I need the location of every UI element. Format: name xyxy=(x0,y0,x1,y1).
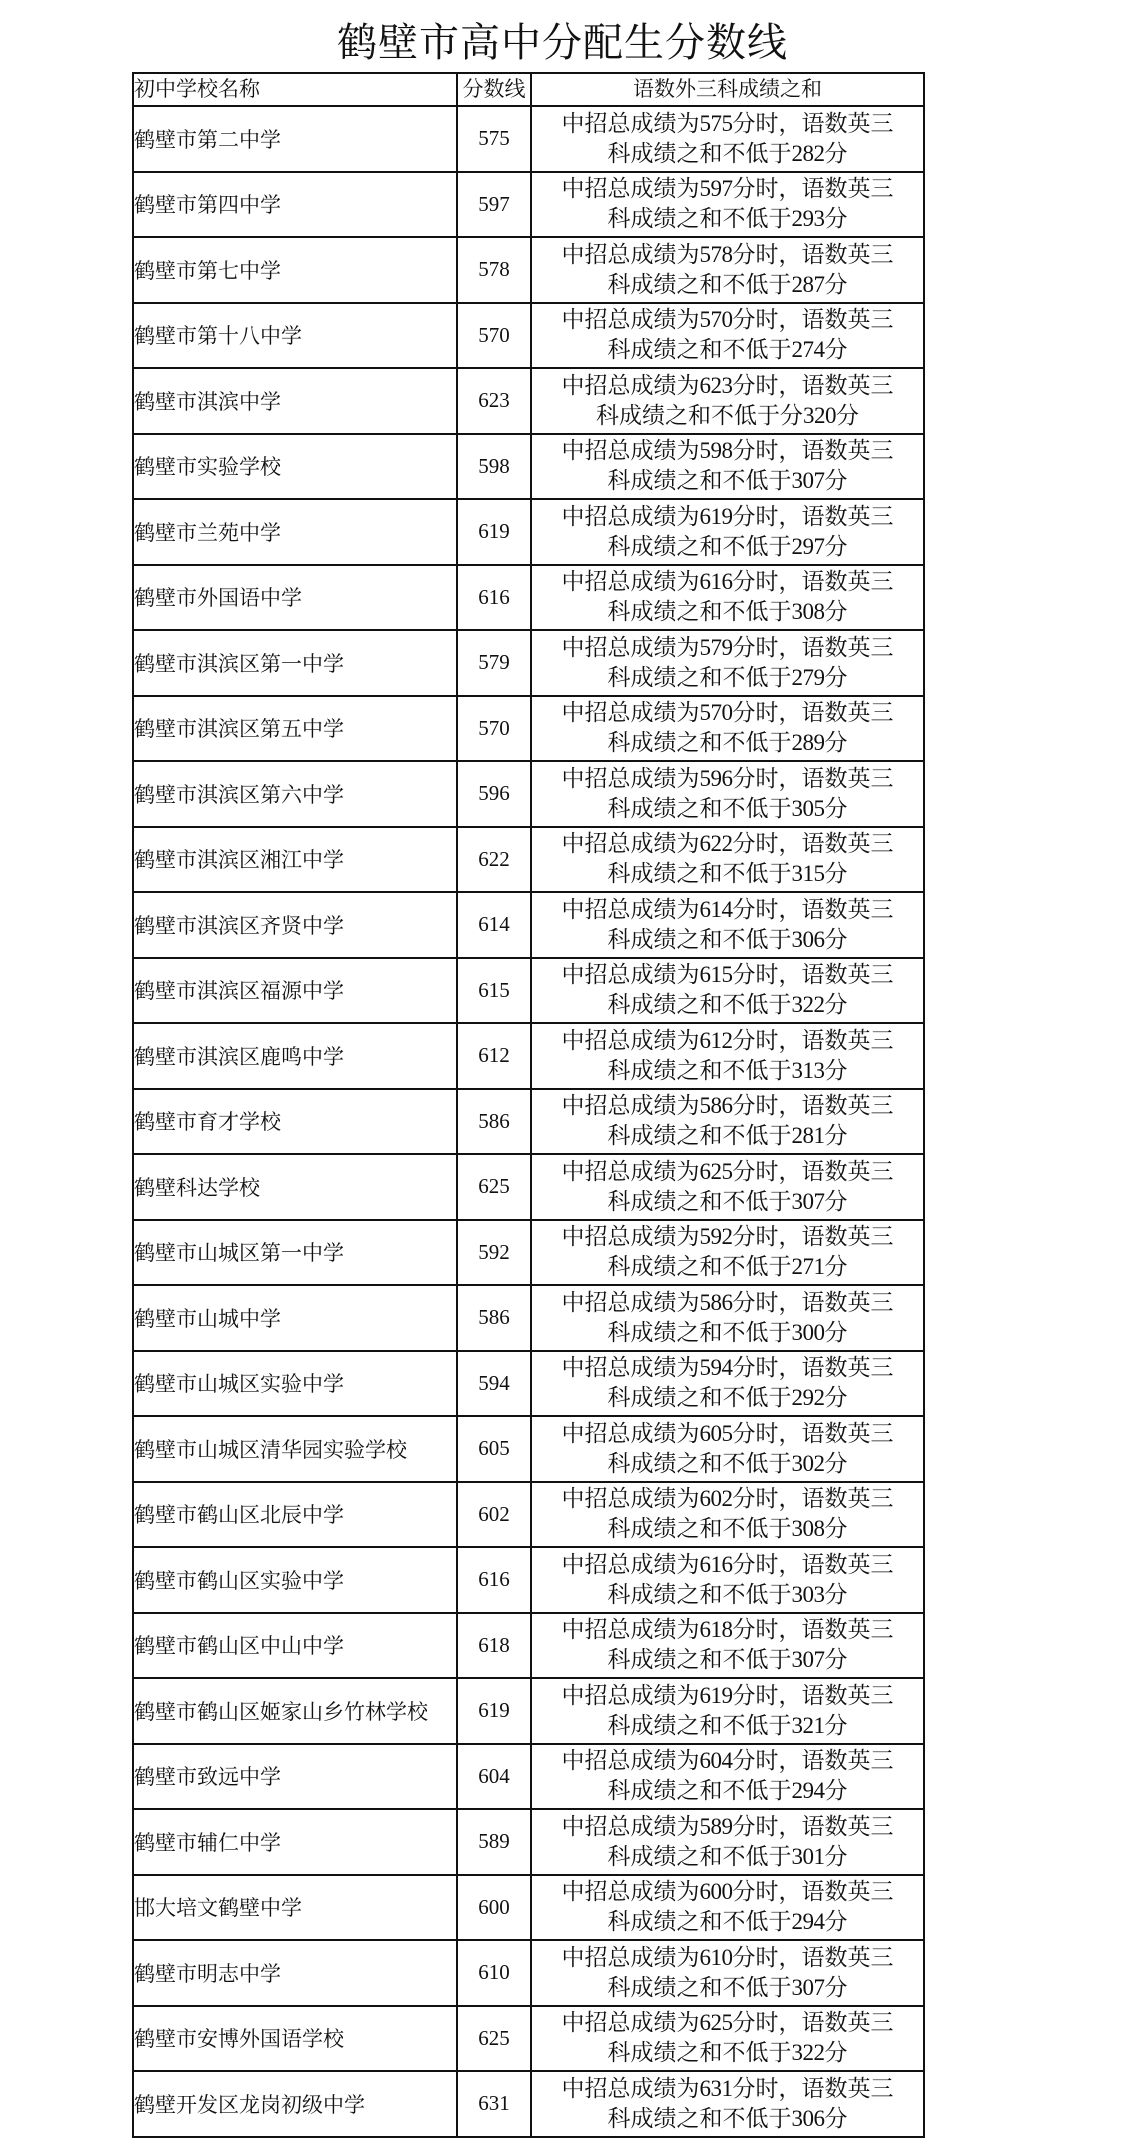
note-prefix: 中招总成绩为 xyxy=(562,897,700,923)
score-line-cell: 589 xyxy=(457,1809,531,1875)
note-prefix: 中招总成绩为 xyxy=(562,2076,700,2102)
three-subject-sum-cell: 中招总成绩为578分时，语数英三科成绩之和不低于287分 xyxy=(531,237,924,303)
score-line-cell: 619 xyxy=(457,1678,531,1744)
note-line-2: 科成绩之和不低于271分 xyxy=(532,1252,923,1282)
school-name-cell: 鹤壁市育才学校 xyxy=(133,1089,457,1155)
note-prefix: 中招总成绩为 xyxy=(562,307,700,333)
note-prefix: 中招总成绩为 xyxy=(562,1814,700,1840)
note-suffix: 分时，语数英三 xyxy=(733,2076,894,2102)
note-prefix: 中招总成绩为 xyxy=(562,1683,700,1709)
note-line2-prefix: 科成绩之和不低于 xyxy=(608,730,792,756)
note-prefix: 中招总成绩为 xyxy=(562,1355,700,1381)
note-line2-suffix: 分 xyxy=(825,927,848,953)
note-suffix: 分时，语数英三 xyxy=(733,1683,894,1709)
three-subject-sum-cell: 中招总成绩为610分时，语数英三科成绩之和不低于307分 xyxy=(531,1940,924,2006)
note-min-sum: 292 xyxy=(792,1385,825,1410)
school-name-cell: 鹤壁市山城中学 xyxy=(133,1285,457,1351)
three-subject-sum-cell: 中招总成绩为616分时，语数英三科成绩之和不低于308分 xyxy=(531,565,924,631)
note-prefix: 中招总成绩为 xyxy=(562,1879,700,1905)
three-subject-sum-cell: 中招总成绩为625分时，语数英三科成绩之和不低于322分 xyxy=(531,2006,924,2072)
score-line-cell: 625 xyxy=(457,1154,531,1220)
note-min-sum: 322 xyxy=(792,992,825,1017)
note-line-2: 科成绩之和不低于305分 xyxy=(532,794,923,824)
note-total-score: 596 xyxy=(700,766,733,791)
score-line-cell: 622 xyxy=(457,827,531,893)
note-line-1: 中招总成绩为586分时，语数英三 xyxy=(532,1288,923,1318)
three-subject-sum-cell: 中招总成绩为602分时，语数英三科成绩之和不低于308分 xyxy=(531,1482,924,1548)
note-suffix: 分时，语数英三 xyxy=(733,700,894,726)
note-suffix: 分时，语数英三 xyxy=(733,569,894,595)
note-line-1: 中招总成绩为589分时，语数英三 xyxy=(532,1812,923,1842)
school-name-cell: 鹤壁市淇滨区第五中学 xyxy=(133,696,457,762)
note-line-2: 科成绩之和不低于分320分 xyxy=(532,401,923,431)
note-line2-prefix: 科成绩之和不低于 xyxy=(608,1713,792,1739)
note-line2-prefix: 科成绩之和不低于 xyxy=(608,272,792,298)
score-line-cell: 600 xyxy=(457,1875,531,1941)
note-total-score: 594 xyxy=(700,1355,733,1380)
three-subject-sum-cell: 中招总成绩为570分时，语数英三科成绩之和不低于289分 xyxy=(531,696,924,762)
three-subject-sum-cell: 中招总成绩为619分时，语数英三科成绩之和不低于321分 xyxy=(531,1678,924,1744)
note-line2-suffix: 分 xyxy=(825,665,848,691)
note-line-1: 中招总成绩为618分时，语数英三 xyxy=(532,1615,923,1645)
school-name-cell: 鹤壁市辅仁中学 xyxy=(133,1809,457,1875)
three-subject-sum-cell: 中招总成绩为598分时，语数英三科成绩之和不低于307分 xyxy=(531,434,924,500)
table-row: 鹤壁市辅仁中学589中招总成绩为589分时，语数英三科成绩之和不低于301分 xyxy=(133,1809,924,1875)
note-line-1: 中招总成绩为575分时，语数英三 xyxy=(532,109,923,139)
score-line-cell: 604 xyxy=(457,1744,531,1810)
note-line-1: 中招总成绩为602分时，语数英三 xyxy=(532,1484,923,1514)
note-total-score: 575 xyxy=(700,111,733,136)
note-suffix: 分时，语数英三 xyxy=(733,1617,894,1643)
three-subject-sum-cell: 中招总成绩为605分时，语数英三科成绩之和不低于302分 xyxy=(531,1416,924,1482)
score-line-cell: 605 xyxy=(457,1416,531,1482)
note-line-2: 科成绩之和不低于279分 xyxy=(532,663,923,693)
note-min-sum: 315 xyxy=(792,861,825,886)
school-name-cell: 鹤壁市第四中学 xyxy=(133,172,457,238)
note-line2-prefix: 科成绩之和不低于 xyxy=(608,1516,792,1542)
note-min-sum: 307 xyxy=(792,468,825,493)
note-total-score: 578 xyxy=(700,242,733,267)
note-prefix: 中招总成绩为 xyxy=(562,1224,700,1250)
note-suffix: 分时，语数英三 xyxy=(733,1159,894,1185)
note-min-sum: 297 xyxy=(792,534,825,559)
school-name-cell: 鹤壁市明志中学 xyxy=(133,1940,457,2006)
note-line2-suffix: 分 xyxy=(825,730,848,756)
table-row: 鹤壁市淇滨区第一中学579中招总成绩为579分时，语数英三科成绩之和不低于279… xyxy=(133,630,924,696)
note-line-1: 中招总成绩为616分时，语数英三 xyxy=(532,1550,923,1580)
note-min-sum: 308 xyxy=(792,1516,825,1541)
note-line2-suffix: 分 xyxy=(825,1975,848,2001)
note-line2-prefix: 科成绩之和不低于 xyxy=(608,206,792,232)
note-line-1: 中招总成绩为625分时，语数英三 xyxy=(532,1157,923,1187)
note-prefix: 中招总成绩为 xyxy=(562,111,700,137)
note-line2-prefix: 科成绩之和不低于 xyxy=(608,2040,792,2066)
note-line-1: 中招总成绩为605分时，语数英三 xyxy=(532,1419,923,1449)
three-subject-sum-cell: 中招总成绩为623分时，语数英三科成绩之和不低于分320分 xyxy=(531,368,924,434)
note-line-2: 科成绩之和不低于274分 xyxy=(532,335,923,365)
table-row: 鹤壁市第七中学578中招总成绩为578分时，语数英三科成绩之和不低于287分 xyxy=(133,237,924,303)
note-line-2: 科成绩之和不低于302分 xyxy=(532,1449,923,1479)
note-min-sum: 300 xyxy=(792,1320,825,1345)
note-line2-prefix: 科成绩之和不低于 xyxy=(608,1451,792,1477)
table-row: 鹤壁开发区龙岗初级中学631中招总成绩为631分时，语数英三科成绩之和不低于30… xyxy=(133,2071,924,2137)
note-suffix: 分时，语数英三 xyxy=(733,635,894,661)
table-row: 鹤壁市淇滨中学623中招总成绩为623分时，语数英三科成绩之和不低于分320分 xyxy=(133,368,924,434)
note-prefix: 中招总成绩为 xyxy=(562,373,700,399)
note-suffix: 分时，语数英三 xyxy=(733,1421,894,1447)
note-suffix: 分时，语数英三 xyxy=(733,1028,894,1054)
note-suffix: 分时，语数英三 xyxy=(733,2010,894,2036)
note-line-2: 科成绩之和不低于287分 xyxy=(532,270,923,300)
table-row: 鹤壁市外国语中学616中招总成绩为616分时，语数英三科成绩之和不低于308分 xyxy=(133,565,924,631)
note-suffix: 分时，语数英三 xyxy=(733,1290,894,1316)
school-name-cell: 鹤壁市第十八中学 xyxy=(133,303,457,369)
table-row: 鹤壁科达学校625中招总成绩为625分时，语数英三科成绩之和不低于307分 xyxy=(133,1154,924,1220)
note-suffix: 分时，语数英三 xyxy=(733,242,894,268)
note-line-2: 科成绩之和不低于294分 xyxy=(532,1776,923,1806)
score-line-cell: 579 xyxy=(457,630,531,696)
three-subject-sum-cell: 中招总成绩为586分时，语数英三科成绩之和不低于300分 xyxy=(531,1285,924,1351)
note-total-score: 616 xyxy=(700,569,733,594)
note-min-sum: 294 xyxy=(792,1778,825,1803)
note-min-sum: 307 xyxy=(792,1189,825,1214)
note-line2-suffix: 分 xyxy=(825,337,848,363)
score-line-cell: 594 xyxy=(457,1351,531,1417)
school-name-cell: 鹤壁市淇滨中学 xyxy=(133,368,457,434)
note-prefix: 中招总成绩为 xyxy=(562,242,700,268)
note-line2-suffix: 分 xyxy=(825,1123,848,1149)
note-min-sum: 302 xyxy=(792,1451,825,1476)
table-row: 鹤壁市兰苑中学619中招总成绩为619分时，语数英三科成绩之和不低于297分 xyxy=(133,499,924,565)
note-total-score: 618 xyxy=(700,1617,733,1642)
page-title: 鹤壁市高中分配生分数线 xyxy=(0,18,1125,68)
three-subject-sum-cell: 中招总成绩为594分时，语数英三科成绩之和不低于292分 xyxy=(531,1351,924,1417)
score-line-cell: 578 xyxy=(457,237,531,303)
note-min-sum: 305 xyxy=(792,796,825,821)
note-suffix: 分时，语数英三 xyxy=(733,373,894,399)
school-name-cell: 鹤壁市鹤山区姬家山乡竹林学校 xyxy=(133,1678,457,1744)
three-subject-sum-cell: 中招总成绩为579分时，语数英三科成绩之和不低于279分 xyxy=(531,630,924,696)
note-min-sum: 322 xyxy=(792,2040,825,2065)
score-line-cell: 597 xyxy=(457,172,531,238)
note-line2-prefix: 科成绩之和不低于 xyxy=(608,1647,792,1673)
note-line2-prefix: 科成绩之和不低于 xyxy=(608,468,792,494)
three-subject-sum-cell: 中招总成绩为622分时，语数英三科成绩之和不低于315分 xyxy=(531,827,924,893)
note-line2-prefix: 科成绩之和不低于 xyxy=(608,796,792,822)
note-line-1: 中招总成绩为631分时，语数英三 xyxy=(532,2074,923,2104)
school-name-cell: 鹤壁市山城区第一中学 xyxy=(133,1220,457,1286)
score-line-cell: 570 xyxy=(457,303,531,369)
note-line-1: 中招总成绩为616分时，语数英三 xyxy=(532,567,923,597)
school-name-cell: 鹤壁市外国语中学 xyxy=(133,565,457,631)
note-line-1: 中招总成绩为578分时，语数英三 xyxy=(532,240,923,270)
header-three-subject-sum: 语数外三科成绩之和 xyxy=(531,73,924,106)
note-min-sum: 281 xyxy=(792,1123,825,1148)
note-line2-prefix: 科成绩之和不低于 xyxy=(608,1189,792,1215)
three-subject-sum-cell: 中招总成绩为615分时，语数英三科成绩之和不低于322分 xyxy=(531,958,924,1024)
note-line2-prefix: 科成绩之和不低于 xyxy=(608,1058,792,1084)
note-line-2: 科成绩之和不低于307分 xyxy=(532,1973,923,2003)
note-suffix: 分时，语数英三 xyxy=(733,1945,894,1971)
school-name-cell: 鹤壁市淇滨区第一中学 xyxy=(133,630,457,696)
note-line2-suffix: 分 xyxy=(825,1778,848,1804)
note-suffix: 分时，语数英三 xyxy=(733,897,894,923)
table-row: 鹤壁市山城区实验中学594中招总成绩为594分时，语数英三科成绩之和不低于292… xyxy=(133,1351,924,1417)
note-line-2: 科成绩之和不低于322分 xyxy=(532,990,923,1020)
note-prefix: 中招总成绩为 xyxy=(562,438,700,464)
table-row: 鹤壁市第二中学575中招总成绩为575分时，语数英三科成绩之和不低于282分 xyxy=(133,106,924,172)
note-min-sum: 274 xyxy=(792,337,825,362)
three-subject-sum-cell: 中招总成绩为589分时，语数英三科成绩之和不低于301分 xyxy=(531,1809,924,1875)
note-total-score: 570 xyxy=(700,307,733,332)
note-total-score: 619 xyxy=(700,1683,733,1708)
note-line2-prefix: 科成绩之和不低于 xyxy=(608,927,792,953)
note-line-1: 中招总成绩为604分时，语数英三 xyxy=(532,1746,923,1776)
three-subject-sum-cell: 中招总成绩为596分时，语数英三科成绩之和不低于305分 xyxy=(531,761,924,827)
note-min-sum: 279 xyxy=(792,665,825,690)
note-line2-suffix: 分 xyxy=(825,1189,848,1215)
note-suffix: 分时，语数英三 xyxy=(733,1486,894,1512)
note-line-1: 中招总成绩为623分时，语数英三 xyxy=(532,371,923,401)
table-row: 鹤壁市实验学校598中招总成绩为598分时，语数英三科成绩之和不低于307分 xyxy=(133,434,924,500)
note-line2-suffix: 分 xyxy=(836,403,859,429)
note-line2-suffix: 分 xyxy=(825,1385,848,1411)
note-line2-suffix: 分 xyxy=(825,1516,848,1542)
score-line-cell: 614 xyxy=(457,892,531,958)
note-prefix: 中招总成绩为 xyxy=(562,504,700,530)
table-row: 鹤壁市鹤山区北辰中学602中招总成绩为602分时，语数英三科成绩之和不低于308… xyxy=(133,1482,924,1548)
note-line2-prefix: 科成绩之和不低于分 xyxy=(596,403,803,429)
note-line2-prefix: 科成绩之和不低于 xyxy=(608,1254,792,1280)
note-line2-prefix: 科成绩之和不低于 xyxy=(608,337,792,363)
school-name-cell: 鹤壁市山城区实验中学 xyxy=(133,1351,457,1417)
note-line2-prefix: 科成绩之和不低于 xyxy=(608,1844,792,1870)
school-name-cell: 鹤壁市鹤山区中山中学 xyxy=(133,1613,457,1679)
score-line-cell: 602 xyxy=(457,1482,531,1548)
note-line-1: 中招总成绩为594分时，语数英三 xyxy=(532,1353,923,1383)
score-line-cell: 596 xyxy=(457,761,531,827)
note-min-sum: 321 xyxy=(792,1713,825,1738)
note-line-1: 中招总成绩为597分时，语数英三 xyxy=(532,174,923,204)
note-suffix: 分时，语数英三 xyxy=(733,176,894,202)
note-min-sum: 308 xyxy=(792,599,825,624)
note-prefix: 中招总成绩为 xyxy=(562,635,700,661)
three-subject-sum-cell: 中招总成绩为592分时，语数英三科成绩之和不低于271分 xyxy=(531,1220,924,1286)
note-total-score: 592 xyxy=(700,1224,733,1249)
note-prefix: 中招总成绩为 xyxy=(562,700,700,726)
note-total-score: 622 xyxy=(700,831,733,856)
note-total-score: 605 xyxy=(700,1421,733,1446)
score-line-cell: 625 xyxy=(457,2006,531,2072)
three-subject-sum-cell: 中招总成绩为616分时，语数英三科成绩之和不低于303分 xyxy=(531,1547,924,1613)
note-suffix: 分时，语数英三 xyxy=(733,1879,894,1905)
note-prefix: 中招总成绩为 xyxy=(562,1028,700,1054)
school-name-cell: 鹤壁科达学校 xyxy=(133,1154,457,1220)
note-line-2: 科成绩之和不低于307分 xyxy=(532,1187,923,1217)
note-min-sum: 289 xyxy=(792,730,825,755)
table-row: 鹤壁市育才学校586中招总成绩为586分时，语数英三科成绩之和不低于281分 xyxy=(133,1089,924,1155)
note-line2-suffix: 分 xyxy=(825,1713,848,1739)
note-line2-prefix: 科成绩之和不低于 xyxy=(608,534,792,560)
note-min-sum: 320 xyxy=(803,403,836,428)
note-line-1: 中招总成绩为619分时，语数英三 xyxy=(532,502,923,532)
note-min-sum: 307 xyxy=(792,1975,825,2000)
note-total-score: 598 xyxy=(700,438,733,463)
table-row: 鹤壁市第四中学597中招总成绩为597分时，语数英三科成绩之和不低于293分 xyxy=(133,172,924,238)
note-line-1: 中招总成绩为596分时，语数英三 xyxy=(532,764,923,794)
note-line-2: 科成绩之和不低于307分 xyxy=(532,466,923,496)
note-suffix: 分时，语数英三 xyxy=(733,766,894,792)
score-line-cell: 616 xyxy=(457,1547,531,1613)
note-line2-suffix: 分 xyxy=(825,1844,848,1870)
note-total-score: 631 xyxy=(700,2076,733,2101)
note-suffix: 分时，语数英三 xyxy=(733,1224,894,1250)
note-total-score: 619 xyxy=(700,504,733,529)
note-line-1: 中招总成绩为586分时，语数英三 xyxy=(532,1091,923,1121)
note-line2-prefix: 科成绩之和不低于 xyxy=(608,992,792,1018)
table-row: 鹤壁市鹤山区实验中学616中招总成绩为616分时，语数英三科成绩之和不低于303… xyxy=(133,1547,924,1613)
note-suffix: 分时，语数英三 xyxy=(733,1748,894,1774)
note-min-sum: 271 xyxy=(792,1254,825,1279)
note-total-score: 604 xyxy=(700,1748,733,1773)
note-total-score: 625 xyxy=(700,2010,733,2035)
table-row: 鹤壁市淇滨区第六中学596中招总成绩为596分时，语数英三科成绩之和不低于305… xyxy=(133,761,924,827)
header-school-name: 初中学校名称 xyxy=(133,73,457,106)
note-suffix: 分时，语数英三 xyxy=(733,307,894,333)
note-line2-prefix: 科成绩之和不低于 xyxy=(608,1975,792,2001)
note-line-2: 科成绩之和不低于289分 xyxy=(532,728,923,758)
table-row: 鹤壁市山城区第一中学592中招总成绩为592分时，语数英三科成绩之和不低于271… xyxy=(133,1220,924,1286)
note-line-2: 科成绩之和不低于313分 xyxy=(532,1056,923,1086)
three-subject-sum-cell: 中招总成绩为604分时，语数英三科成绩之和不低于294分 xyxy=(531,1744,924,1810)
school-name-cell: 鹤壁市安博外国语学校 xyxy=(133,2006,457,2072)
header-score-line: 分数线 xyxy=(457,73,531,106)
note-line-1: 中招总成绩为614分时，语数英三 xyxy=(532,895,923,925)
note-line2-suffix: 分 xyxy=(825,468,848,494)
note-line-1: 中招总成绩为619分时，语数英三 xyxy=(532,1681,923,1711)
school-name-cell: 鹤壁市淇滨区鹿鸣中学 xyxy=(133,1023,457,1089)
school-name-cell: 鹤壁市鹤山区北辰中学 xyxy=(133,1482,457,1548)
note-line-2: 科成绩之和不低于306分 xyxy=(532,925,923,955)
note-prefix: 中招总成绩为 xyxy=(562,1421,700,1447)
note-line2-prefix: 科成绩之和不低于 xyxy=(608,1385,792,1411)
note-total-score: 616 xyxy=(700,1552,733,1577)
table-body: 鹤壁市第二中学575中招总成绩为575分时，语数英三科成绩之和不低于282分鹤壁… xyxy=(133,106,924,2137)
note-line2-suffix: 分 xyxy=(825,1647,848,1673)
table-row: 鹤壁市淇滨区第五中学570中招总成绩为570分时，语数英三科成绩之和不低于289… xyxy=(133,696,924,762)
school-name-cell: 邯大培文鹤壁中学 xyxy=(133,1875,457,1941)
note-line2-prefix: 科成绩之和不低于 xyxy=(608,1320,792,1346)
note-line2-suffix: 分 xyxy=(825,1254,848,1280)
note-line-1: 中招总成绩为615分时，语数英三 xyxy=(532,960,923,990)
note-total-score: 615 xyxy=(700,962,733,987)
table-row: 鹤壁市山城区清华园实验学校605中招总成绩为605分时，语数英三科成绩之和不低于… xyxy=(133,1416,924,1482)
school-name-cell: 鹤壁市实验学校 xyxy=(133,434,457,500)
note-prefix: 中招总成绩为 xyxy=(562,1617,700,1643)
three-subject-sum-cell: 中招总成绩为586分时，语数英三科成绩之和不低于281分 xyxy=(531,1089,924,1155)
note-line2-suffix: 分 xyxy=(825,272,848,298)
note-prefix: 中招总成绩为 xyxy=(562,962,700,988)
note-line-1: 中招总成绩为612分时，语数英三 xyxy=(532,1026,923,1056)
note-prefix: 中招总成绩为 xyxy=(562,1093,700,1119)
note-line-2: 科成绩之和不低于306分 xyxy=(532,2104,923,2134)
note-line2-suffix: 分 xyxy=(825,599,848,625)
three-subject-sum-cell: 中招总成绩为631分时，语数英三科成绩之和不低于306分 xyxy=(531,2071,924,2137)
note-line-1: 中招总成绩为579分时，语数英三 xyxy=(532,633,923,663)
three-subject-sum-cell: 中招总成绩为597分时，语数英三科成绩之和不低于293分 xyxy=(531,172,924,238)
note-prefix: 中招总成绩为 xyxy=(562,1486,700,1512)
school-name-cell: 鹤壁市第二中学 xyxy=(133,106,457,172)
note-line-2: 科成绩之和不低于282分 xyxy=(532,139,923,169)
note-line2-suffix: 分 xyxy=(825,2106,848,2132)
note-suffix: 分时，语数英三 xyxy=(733,831,894,857)
table-row: 鹤壁市淇滨区鹿鸣中学612中招总成绩为612分时，语数英三科成绩之和不低于313… xyxy=(133,1023,924,1089)
table-row: 鹤壁市淇滨区湘江中学622中招总成绩为622分时，语数英三科成绩之和不低于315… xyxy=(133,827,924,893)
note-line2-suffix: 分 xyxy=(825,2040,848,2066)
note-total-score: 597 xyxy=(700,176,733,201)
note-line2-prefix: 科成绩之和不低于 xyxy=(608,665,792,691)
table-row: 鹤壁市第十八中学570中招总成绩为570分时，语数英三科成绩之和不低于274分 xyxy=(133,303,924,369)
note-prefix: 中招总成绩为 xyxy=(562,569,700,595)
table-row: 鹤壁市鹤山区中山中学618中招总成绩为618分时，语数英三科成绩之和不低于307… xyxy=(133,1613,924,1679)
school-name-cell: 鹤壁市淇滨区第六中学 xyxy=(133,761,457,827)
note-line2-suffix: 分 xyxy=(825,1320,848,1346)
note-total-score: 570 xyxy=(700,700,733,725)
score-line-cell: 586 xyxy=(457,1285,531,1351)
note-total-score: 623 xyxy=(700,373,733,398)
note-suffix: 分时，语数英三 xyxy=(733,1093,894,1119)
score-table: 初中学校名称 分数线 语数外三科成绩之和 鹤壁市第二中学575中招总成绩为575… xyxy=(132,72,925,2138)
note-line-2: 科成绩之和不低于292分 xyxy=(532,1383,923,1413)
note-min-sum: 307 xyxy=(792,1647,825,1672)
note-line2-suffix: 分 xyxy=(825,141,848,167)
note-line2-prefix: 科成绩之和不低于 xyxy=(608,1909,792,1935)
note-line2-suffix: 分 xyxy=(825,1058,848,1084)
table-row: 邯大培文鹤壁中学600中招总成绩为600分时，语数英三科成绩之和不低于294分 xyxy=(133,1875,924,1941)
note-line-2: 科成绩之和不低于322分 xyxy=(532,2038,923,2068)
note-min-sum: 313 xyxy=(792,1058,825,1083)
note-min-sum: 306 xyxy=(792,2106,825,2131)
note-line2-prefix: 科成绩之和不低于 xyxy=(608,141,792,167)
note-total-score: 586 xyxy=(700,1093,733,1118)
note-line2-prefix: 科成绩之和不低于 xyxy=(608,1123,792,1149)
note-line-1: 中招总成绩为622分时，语数英三 xyxy=(532,829,923,859)
note-line-1: 中招总成绩为625分时，语数英三 xyxy=(532,2008,923,2038)
note-total-score: 612 xyxy=(700,1028,733,1053)
note-line-1: 中招总成绩为600分时，语数英三 xyxy=(532,1877,923,1907)
note-total-score: 614 xyxy=(700,897,733,922)
three-subject-sum-cell: 中招总成绩为570分时，语数英三科成绩之和不低于274分 xyxy=(531,303,924,369)
note-line-2: 科成绩之和不低于307分 xyxy=(532,1645,923,1675)
note-line2-prefix: 科成绩之和不低于 xyxy=(608,599,792,625)
score-line-cell: 631 xyxy=(457,2071,531,2137)
note-line-2: 科成绩之和不低于303分 xyxy=(532,1580,923,1610)
note-suffix: 分时，语数英三 xyxy=(733,1552,894,1578)
school-name-cell: 鹤壁市淇滨区湘江中学 xyxy=(133,827,457,893)
school-name-cell: 鹤壁市兰苑中学 xyxy=(133,499,457,565)
score-line-cell: 570 xyxy=(457,696,531,762)
table-row: 鹤壁市鹤山区姬家山乡竹林学校619中招总成绩为619分时，语数英三科成绩之和不低… xyxy=(133,1678,924,1744)
table-row: 鹤壁市明志中学610中招总成绩为610分时，语数英三科成绩之和不低于307分 xyxy=(133,1940,924,2006)
school-name-cell: 鹤壁市山城区清华园实验学校 xyxy=(133,1416,457,1482)
note-suffix: 分时，语数英三 xyxy=(733,111,894,137)
note-prefix: 中招总成绩为 xyxy=(562,176,700,202)
score-line-cell: 618 xyxy=(457,1613,531,1679)
note-total-score: 579 xyxy=(700,635,733,660)
note-total-score: 625 xyxy=(700,1159,733,1184)
note-prefix: 中招总成绩为 xyxy=(562,1552,700,1578)
three-subject-sum-cell: 中招总成绩为619分时，语数英三科成绩之和不低于297分 xyxy=(531,499,924,565)
